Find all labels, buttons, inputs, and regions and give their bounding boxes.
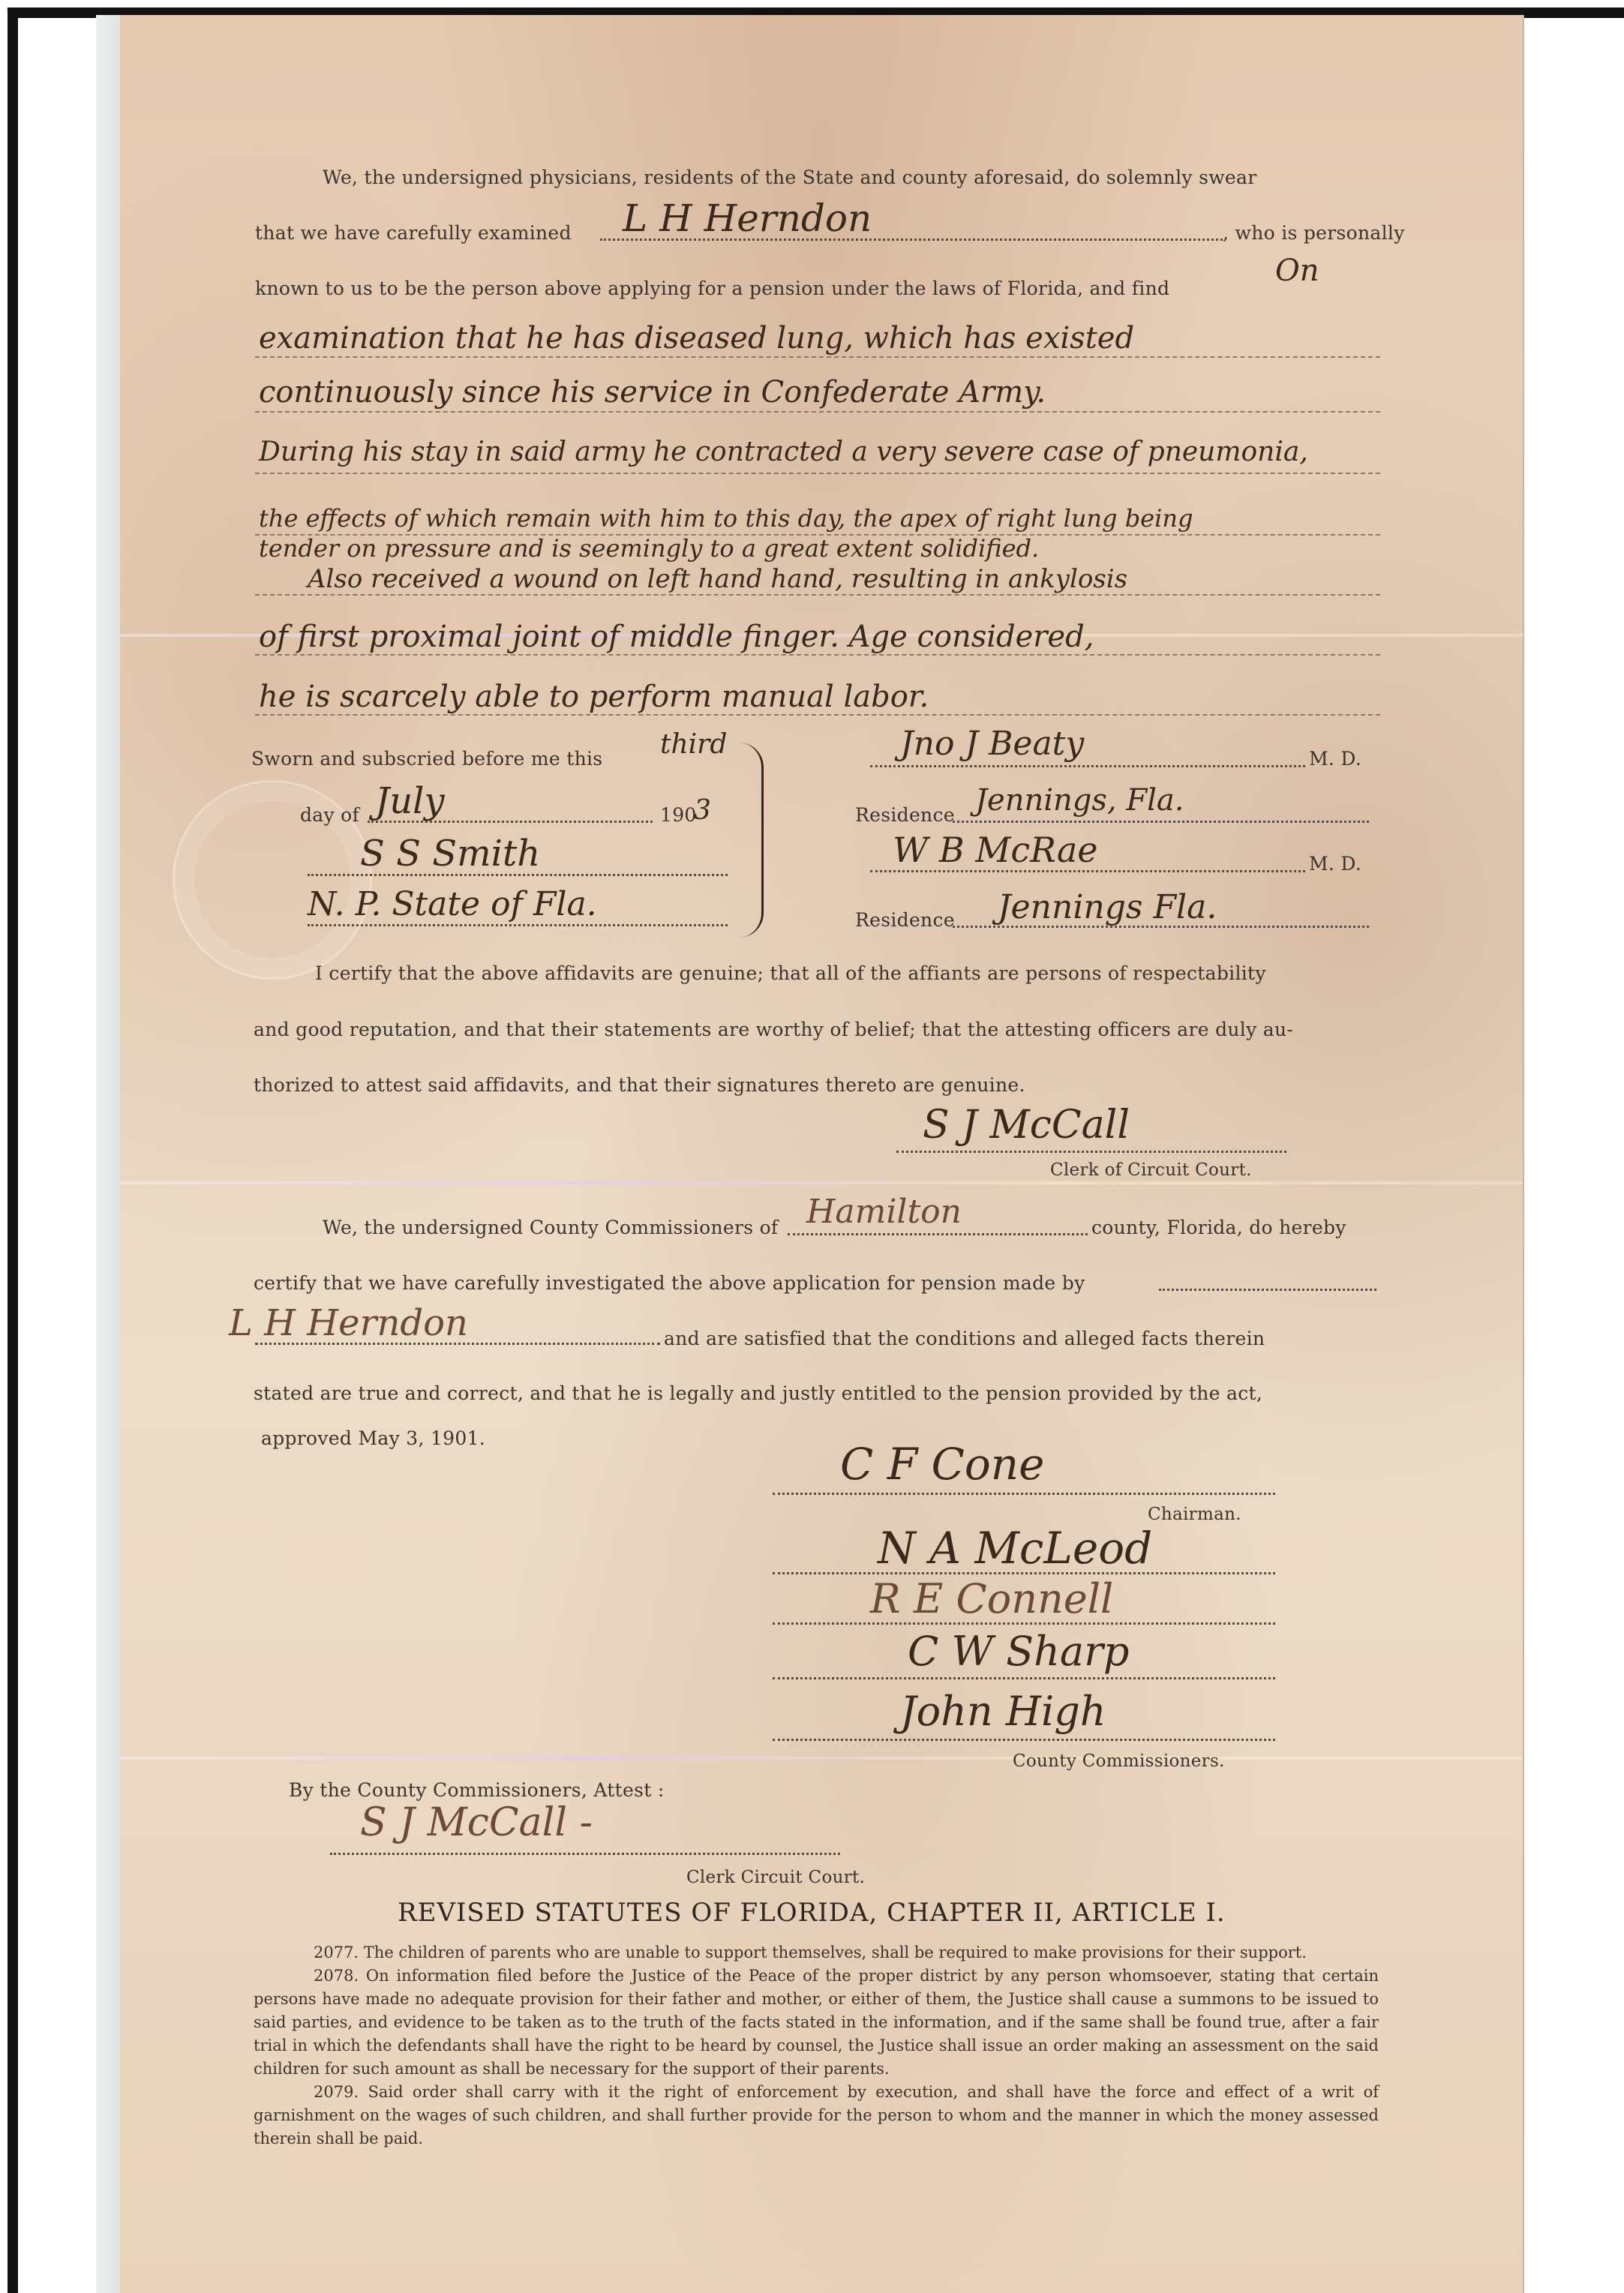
clerk-cert-line-3: thorized to attest said affidavits, and … xyxy=(254,1074,1025,1096)
attest-title: Clerk Circuit Court. xyxy=(686,1868,865,1887)
attest-label: By the County Commissioners, Attest : xyxy=(289,1779,665,1801)
affidavit-line-3: known to us to be the person above apply… xyxy=(255,278,1169,299)
commissioner-signature: John High xyxy=(900,1688,1106,1735)
attest-signature: S J McCall - xyxy=(360,1800,593,1845)
statute-2079: 2079. Said order shall carry with it the… xyxy=(254,2081,1379,2150)
scanner-frame-left xyxy=(8,8,18,2293)
finding-line-7: of first proximal joint of middle finger… xyxy=(259,620,1094,654)
fold-line xyxy=(120,1757,1523,1760)
finding-line-8: he is scarcely able to perform manual la… xyxy=(259,680,929,714)
affidavit-line-2-prefix: that we have carefully examined xyxy=(255,222,572,244)
statute-2077: 2077. The children of parents who are un… xyxy=(254,1941,1379,1964)
commissioner-signature: N A McLeod xyxy=(878,1523,1152,1574)
finding-line xyxy=(255,594,1380,596)
commissioners-line-3: and are satisfied that the conditions an… xyxy=(664,1328,1265,1349)
finding-line-1: examination that he has diseased lung, w… xyxy=(259,321,1134,356)
commissioners-line-2: certify that we have carefully investiga… xyxy=(254,1272,1085,1294)
finding-line xyxy=(255,654,1380,656)
statutes-body: 2077. The children of parents who are un… xyxy=(254,1941,1379,2150)
sworn-label: Sworn and subscried before me this xyxy=(251,748,602,770)
physician-2-residence-label: Residence xyxy=(855,909,955,931)
physician-1-signature: Jno J Beaty xyxy=(900,725,1084,763)
physician-1-suffix: M. D. xyxy=(1309,748,1361,770)
finding-line xyxy=(255,714,1380,716)
finding-start-handwritten: On xyxy=(1275,254,1319,288)
finding-line xyxy=(255,411,1380,413)
finding-line-5: tender on pressure and is seemingly to a… xyxy=(259,534,1039,563)
physician-1-residence-label: Residence xyxy=(855,804,955,826)
day-of-label: day of xyxy=(300,804,359,826)
jurat-bracket xyxy=(739,743,764,938)
commissioners-line-5: approved May 3, 1901. xyxy=(261,1427,485,1449)
finding-line xyxy=(255,473,1380,474)
commissioners-line-1-suffix: county, Florida, do hereby xyxy=(1091,1217,1346,1238)
chairman-label: Chairman. xyxy=(1148,1505,1241,1524)
finding-line-3: During his stay in said army he contract… xyxy=(259,437,1308,467)
notary-signature: S S Smith xyxy=(360,833,540,875)
plastic-sleeve-edge xyxy=(96,15,122,2293)
clerk-signature-line xyxy=(896,1151,1286,1153)
physician-2-line xyxy=(870,870,1305,872)
commissioners-line-1-prefix: We, the undersigned County Commissioners… xyxy=(323,1217,778,1238)
commissioners-label: County Commissioners. xyxy=(1013,1751,1225,1771)
physician-1-residence-line xyxy=(953,821,1369,823)
finding-line-6: Also received a wound on left hand hand,… xyxy=(308,564,1127,594)
physician-1-line xyxy=(870,765,1305,767)
notary-title-line xyxy=(308,924,728,926)
clerk-title: Clerk of Circuit Court. xyxy=(1050,1160,1252,1180)
county-line xyxy=(788,1233,1088,1235)
physician-1-residence: Jennings, Fla. xyxy=(975,783,1184,818)
month-handwritten: July xyxy=(375,780,445,822)
physician-2-residence: Jennings Fla. xyxy=(998,888,1217,926)
year-digit-handwritten: 3 xyxy=(694,795,711,826)
commissioners-line-4: stated are true and correct, and that he… xyxy=(254,1382,1262,1404)
statute-2078: 2078. On information filed before the Ju… xyxy=(254,1964,1379,2081)
member-line xyxy=(773,1677,1275,1679)
clerk-signature: S J McCall xyxy=(923,1103,1130,1148)
clerk-cert-line-2: and good reputation, and that their stat… xyxy=(254,1019,1293,1040)
county-handwritten: Hamilton xyxy=(806,1193,962,1231)
fold-line xyxy=(120,1181,1523,1184)
member-line xyxy=(773,1622,1275,1625)
chairman-line xyxy=(773,1493,1275,1495)
affidavit-line-2-suffix: , who is personally xyxy=(1223,222,1405,244)
attest-signature-line xyxy=(330,1853,840,1855)
applicant-name-handwritten: L H Herndon xyxy=(623,197,872,240)
finding-line xyxy=(255,356,1380,358)
chairman-signature: C F Cone xyxy=(840,1439,1044,1490)
commissioner-signature: C W Sharp xyxy=(908,1628,1130,1675)
physician-2-signature: W B McRae xyxy=(893,830,1098,870)
finding-line-2: continuously since his service in Confed… xyxy=(259,375,1046,410)
year-prefix: 190 xyxy=(660,804,697,826)
applicant-handwritten: L H Herndon xyxy=(229,1302,468,1344)
notary-title-handwritten: N. P. State of Fla. xyxy=(308,885,597,923)
member-line xyxy=(773,1739,1275,1741)
applicant-line-end xyxy=(1159,1289,1376,1291)
physician-2-suffix: M. D. xyxy=(1309,853,1361,875)
clerk-cert-line-1: I certify that the above affidavits are … xyxy=(315,962,1266,984)
commissioner-signature: R E Connell xyxy=(870,1575,1113,1622)
finding-line-4: the effects of which remain with him to … xyxy=(259,504,1193,533)
statutes-heading: REVISED STATUTES OF FLORIDA, CHAPTER II,… xyxy=(398,1898,1226,1928)
affidavit-line-1: We, the undersigned physicians, resident… xyxy=(323,167,1256,188)
sworn-day-handwritten: third xyxy=(660,729,727,760)
